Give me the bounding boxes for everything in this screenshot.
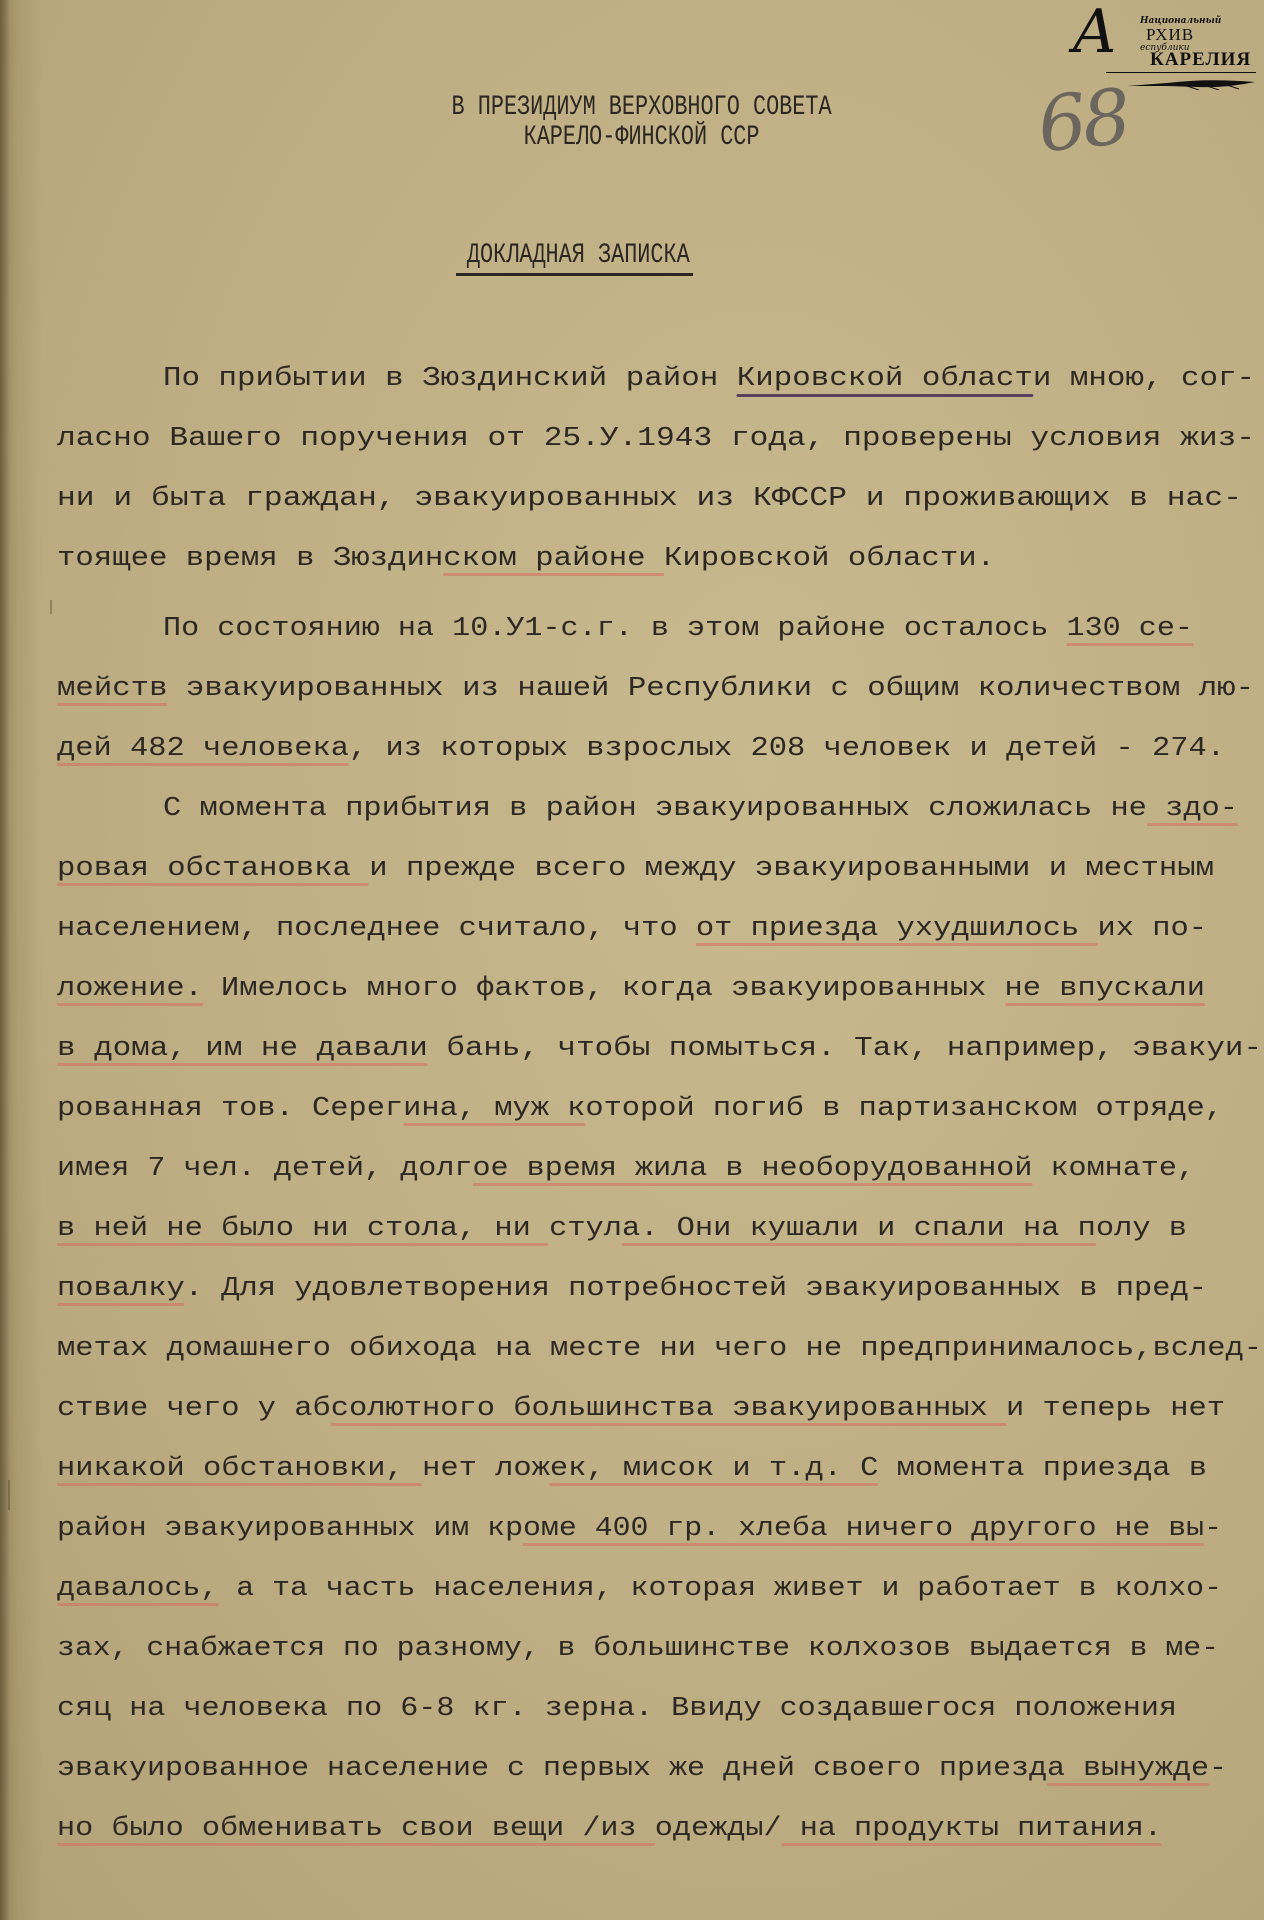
pencil-underline: в дома, им не давали bbox=[57, 1034, 428, 1064]
pencil-underline: ском районе bbox=[443, 544, 664, 574]
pencil-underline: никакой обстановки, bbox=[57, 1454, 422, 1484]
pencil-underline: оме 400 гр. хлеба ничего другого не вы bbox=[523, 1514, 1204, 1544]
logo-line-archive: РХИВ bbox=[1146, 26, 1194, 43]
body-line: в ней не было ни стола, ни стула. Они ку… bbox=[57, 1212, 1187, 1246]
pencil-underline: а вынужде bbox=[1047, 1754, 1209, 1784]
document-page: А Национальный РХИВ еспублики КАРЕЛИЯ 68… bbox=[0, 0, 1264, 1920]
pencil-underline: ровая обстановка bbox=[57, 854, 369, 884]
body-line: в дома, им не давали бань, чтобы помытьс… bbox=[57, 1032, 1262, 1066]
pencil-underline: солютного большинства эвакуированных bbox=[331, 1394, 1006, 1424]
body-line: но было обменивать свои вещи /из одежды/… bbox=[57, 1812, 1162, 1846]
body-line: сяц на человека по 6-8 кг. зерна. Ввиду … bbox=[57, 1692, 1177, 1726]
addressee-line-1: В ПРЕЗИДИУМ ВЕРХОВНОГО СОВЕТА bbox=[149, 92, 1135, 123]
pencil-underline: мейств bbox=[57, 674, 167, 704]
body-line: населением, последнее считало, что от пр… bbox=[57, 912, 1207, 946]
body-line: ровая обстановка и прежде всего между эв… bbox=[57, 852, 1214, 886]
pencil-underline: повалку bbox=[57, 1274, 185, 1304]
pencil-underline: от приезда ухудшилось bbox=[696, 914, 1098, 944]
margin-mark bbox=[50, 600, 52, 614]
body-line: эвакуированное население с первых же дне… bbox=[57, 1752, 1227, 1786]
body-line: повалку. Для удовлетворения потребностей… bbox=[57, 1272, 1207, 1306]
addressee-line-2: КАРЕЛО-ФИНСКОЙ ССР bbox=[149, 122, 1135, 153]
logo-line-karelia: КАРЕЛИЯ bbox=[1150, 50, 1251, 69]
pencil-underline: 130 се- bbox=[1067, 614, 1193, 644]
pencil-underline: ложение. bbox=[57, 974, 203, 1004]
pencil-underline: не впускали bbox=[1005, 974, 1205, 1004]
body-line: никакой обстановки, нет ложек, мисок и т… bbox=[57, 1452, 1207, 1486]
logo-rule bbox=[1106, 72, 1256, 73]
body-line: ложение. Имелось много фактов, когда эва… bbox=[57, 972, 1205, 1006]
logo-monogram: А bbox=[1072, 2, 1117, 62]
body-line: мейств эвакуированных из нашей Республик… bbox=[57, 672, 1254, 706]
margin-mark bbox=[8, 1480, 10, 1510]
body-line: По прибытии в Зюздинский район Кировской… bbox=[163, 362, 1255, 396]
body-line: рованная тов. Серегина, муж которой поги… bbox=[57, 1092, 1223, 1126]
body-line: район эвакуированных им кроме 400 гр. хл… bbox=[57, 1512, 1222, 1546]
page-fold-shadow bbox=[0, 0, 10, 1920]
archive-logo: А Национальный РХИВ еспублики КАРЕЛИЯ bbox=[1072, 10, 1258, 80]
pencil-underline: здо- bbox=[1147, 794, 1238, 824]
document-title: ДОКЛАДНАЯ ЗАПИСКА bbox=[456, 240, 693, 276]
body-line: тоящее время в Зюздинском районе Кировск… bbox=[57, 542, 995, 576]
pencil-underline: но было обменивать свои вещи /из bbox=[57, 1814, 655, 1844]
body-line: зах, снабжается по разному, в большинств… bbox=[57, 1632, 1219, 1666]
body-line: метах домашнего обихода на месте ни чего… bbox=[57, 1332, 1262, 1366]
body-line: давалось, а та часть населения, которая … bbox=[57, 1572, 1222, 1606]
pencil-underline: ое время жила в необорудованной bbox=[472, 1154, 1032, 1184]
pencil-underline: а. Они кушали и спали на п bbox=[622, 1214, 1096, 1244]
body-line: С момента прибытия в район эвакуированны… bbox=[163, 792, 1238, 826]
body-line: имея 7 чел. детей, долгое время жила в н… bbox=[57, 1152, 1195, 1186]
body-line: ни и быта граждан, эвакуированных из КФС… bbox=[57, 482, 1242, 516]
pencil-underline: в ней не было ни стола, ни bbox=[57, 1214, 549, 1244]
quill-icon bbox=[1127, 74, 1257, 90]
body-line: ласно Вашего поручения от 25.У.1943 года… bbox=[57, 422, 1255, 456]
body-line: ствие чего у абсолютного большинства эва… bbox=[57, 1392, 1225, 1426]
pencil-underline: давалось, bbox=[57, 1574, 218, 1604]
body-line: дей 482 человека, из которых взрослых 20… bbox=[57, 732, 1225, 766]
pencil-underline: ина, муж к bbox=[403, 1094, 585, 1124]
body-line: По состоянию на 10.У1-с.г. в этом районе… bbox=[163, 612, 1193, 646]
pencil-underline: Кировской област bbox=[737, 364, 1033, 394]
pencil-underline: на продукты питания. bbox=[782, 1814, 1162, 1844]
pencil-underline: ек, мисок и т.д. С bbox=[550, 1454, 879, 1484]
pencil-underline: дей 482 человека bbox=[57, 734, 349, 764]
